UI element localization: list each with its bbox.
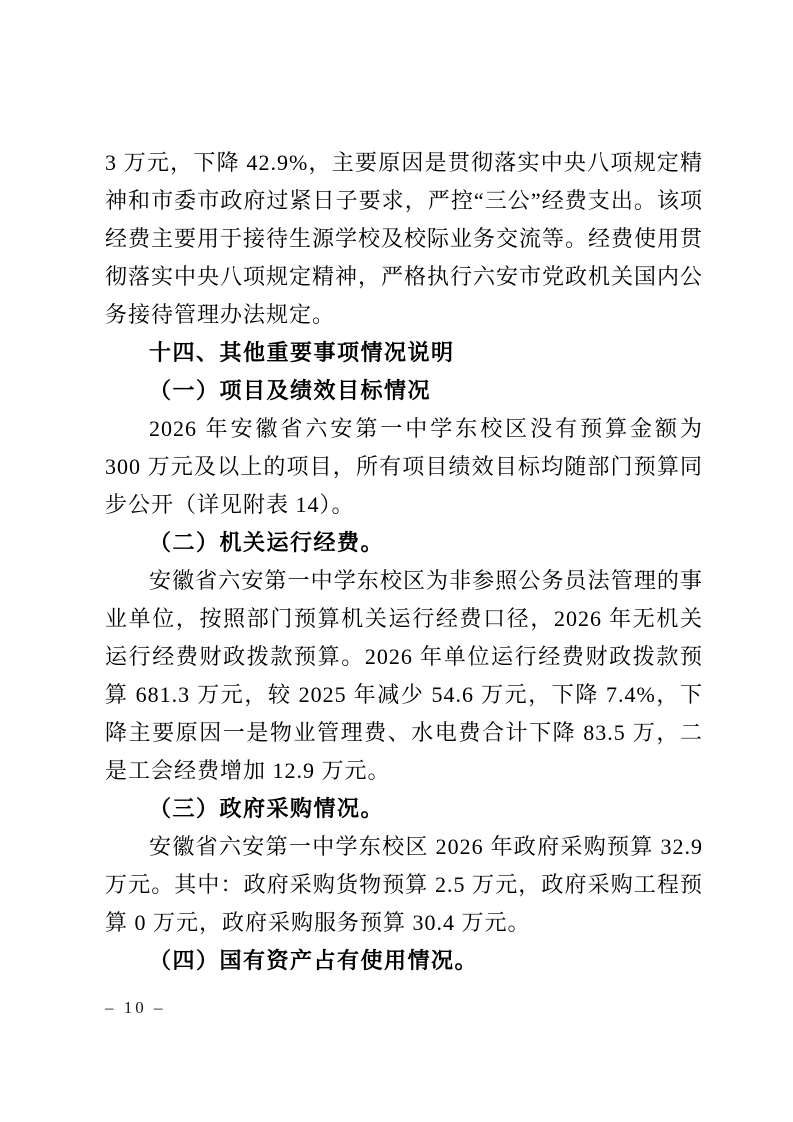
heading-sub-2-agency-operating-expense: （二）机关运行经费。 xyxy=(105,524,703,562)
paragraph-official-reception-expense: 3 万元，下降 42.9%，主要原因是贯彻落实中央八项规定精神和市委市政府过紧日… xyxy=(105,144,703,334)
paragraph-agency-operating-expense: 安徽省六安第一中学东校区为非参照公务员法管理的事业单位，按照部门预算机关运行经费… xyxy=(105,562,703,790)
paragraph-project-performance-targets: 2026 年安徽省六安第一中学东校区没有预算金额为 300 万元及以上的项目，所… xyxy=(105,410,703,524)
heading-sub-3-government-procurement: （三）政府采购情况。 xyxy=(105,790,703,828)
heading-sub-4-state-owned-assets: （四）国有资产占有使用情况。 xyxy=(105,942,703,980)
heading-sub-1-project-performance-targets: （一）项目及绩效目标情况 xyxy=(105,372,703,410)
paragraph-government-procurement: 安徽省六安第一中学东校区 2026 年政府采购预算 32.9 万元。其中：政府采… xyxy=(105,828,703,942)
document-body: 3 万元，下降 42.9%，主要原因是贯彻落实中央八项规定精神和市委市政府过紧日… xyxy=(105,144,703,980)
document-page: 3 万元，下降 42.9%，主要原因是贯彻落实中央八项规定精神和市委市政府过紧日… xyxy=(0,0,793,1122)
heading-section-14-other-important-matters: 十四、其他重要事项情况说明 xyxy=(105,334,703,372)
page-number: – 10 – xyxy=(105,998,166,1018)
